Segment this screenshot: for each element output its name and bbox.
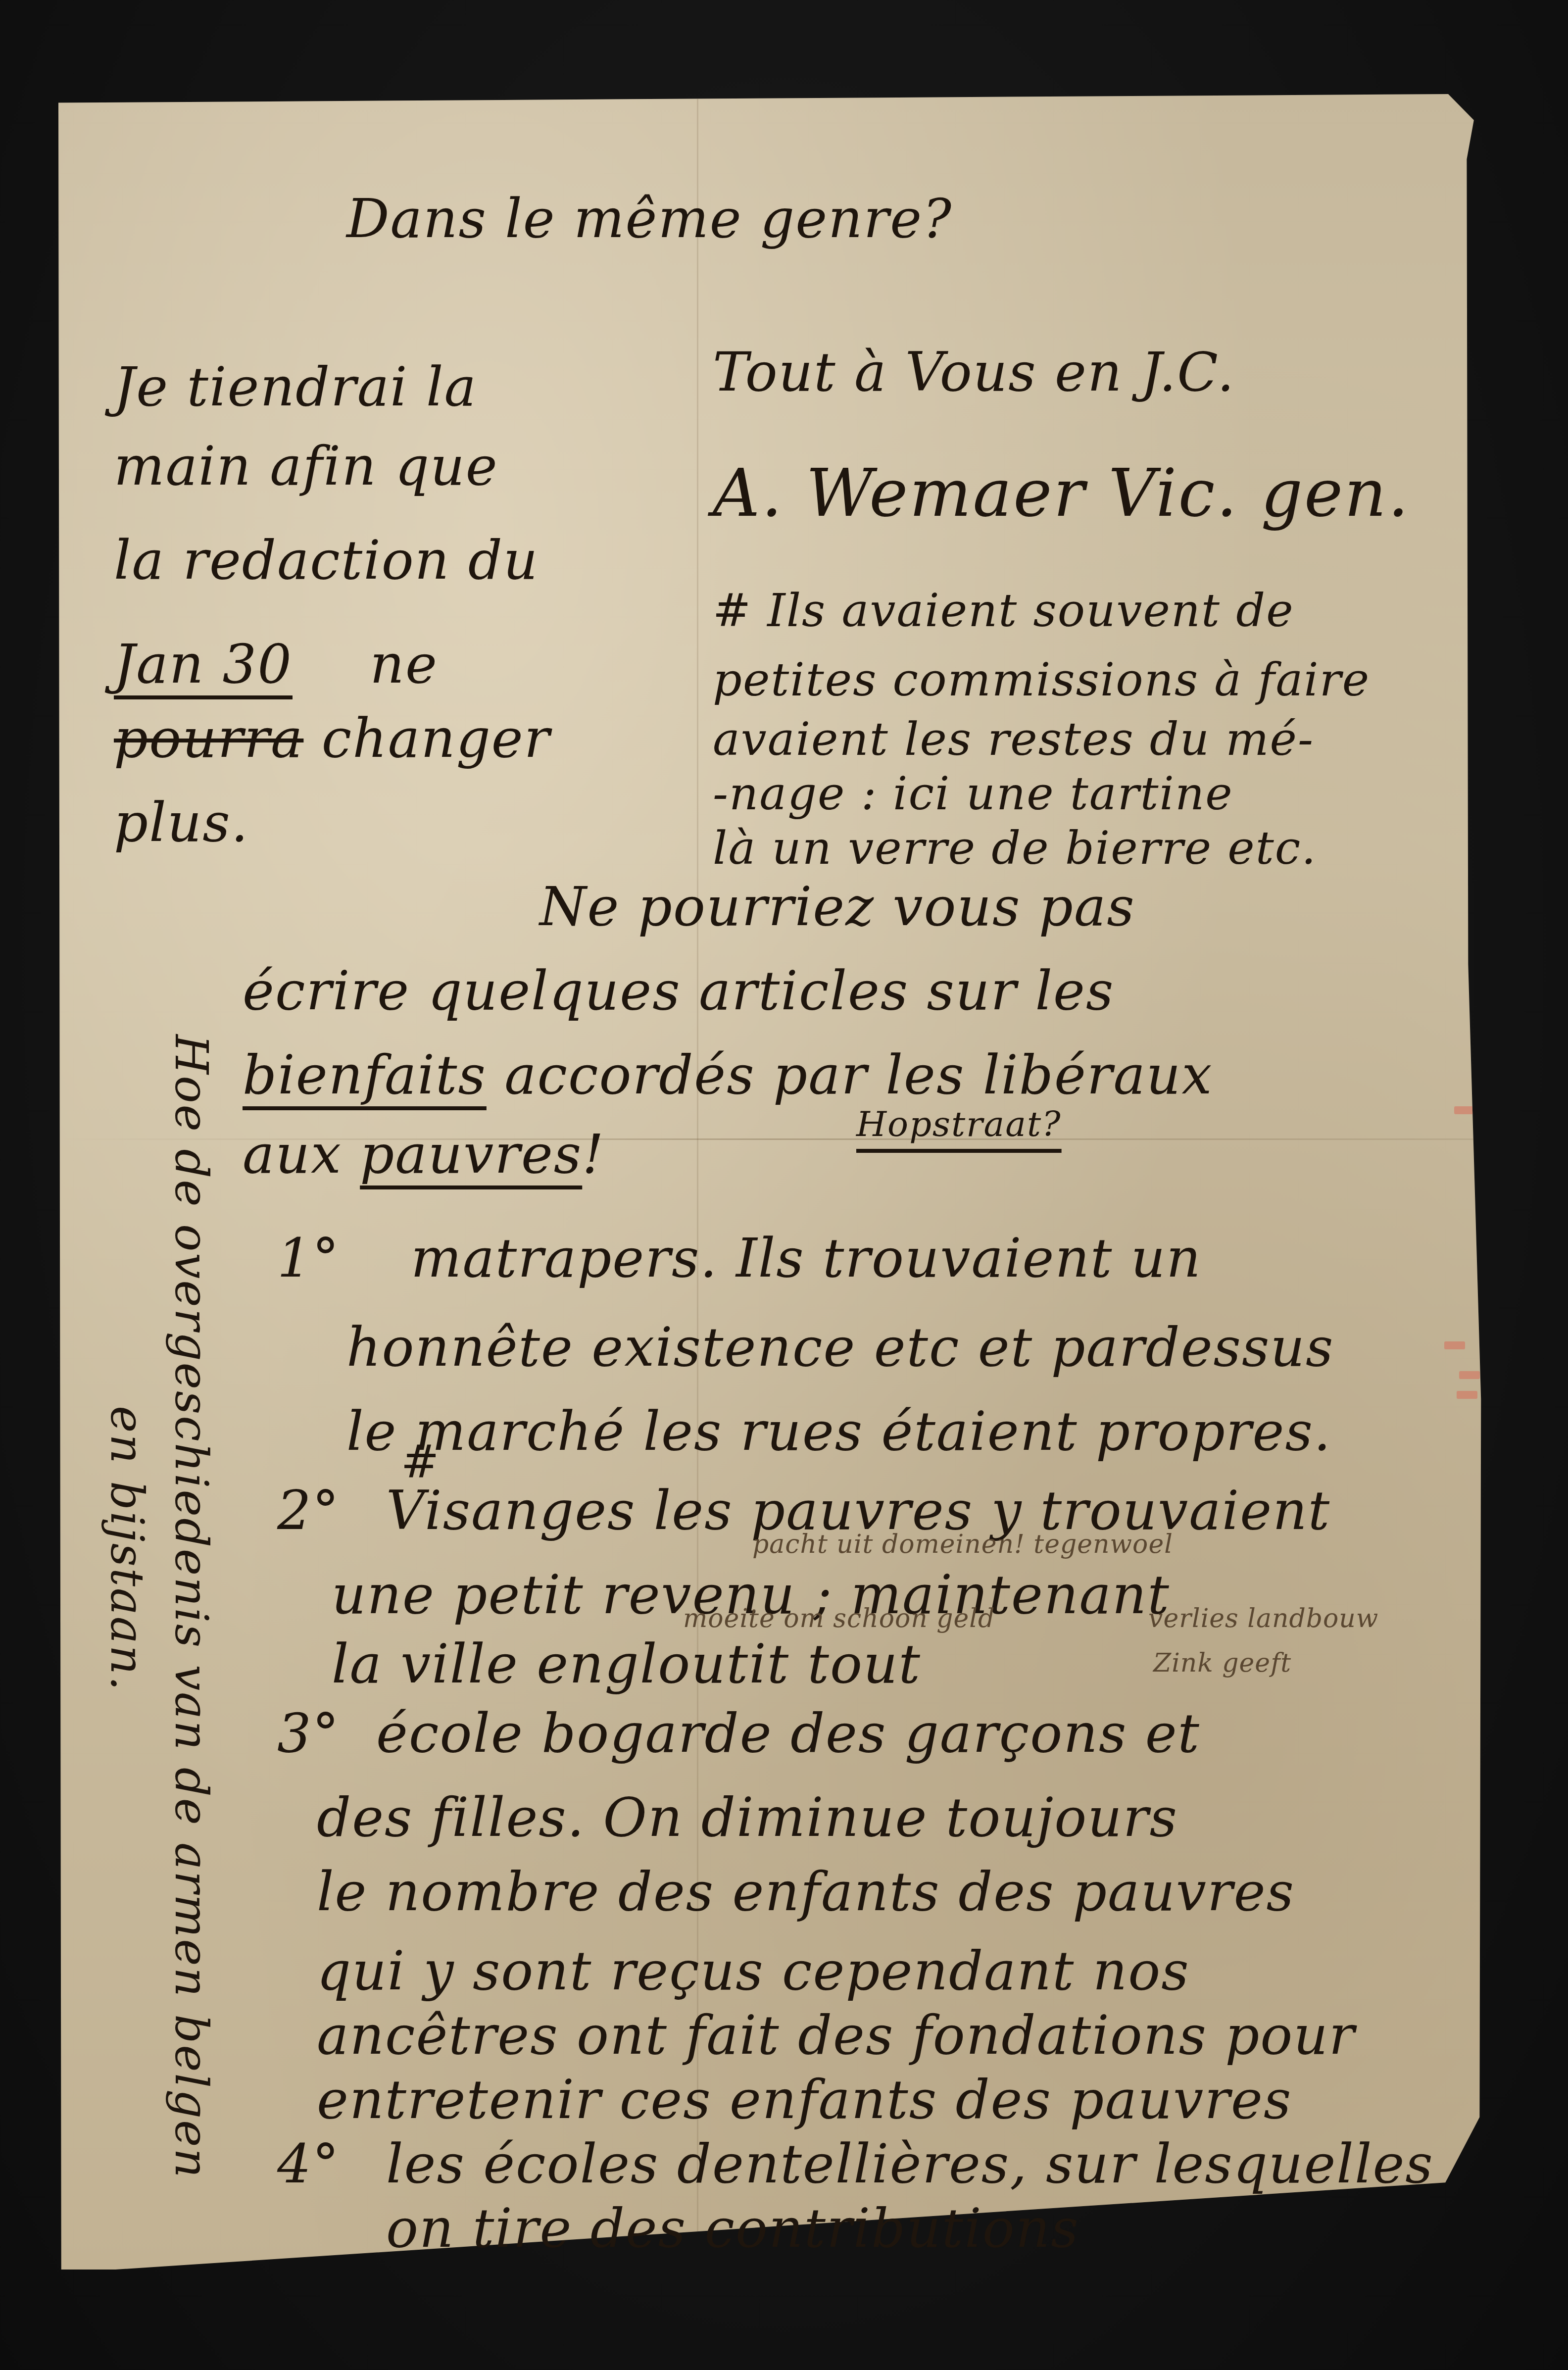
body-line: Ne pourriez vous pas [539,876,1135,938]
item-line: école bogarde des garçons et [376,1703,1200,1765]
item-line: le nombre des enfants des pauvres [317,1861,1295,1923]
red-mark [1454,1106,1475,1114]
item-number: 2° [277,1480,340,1542]
item-line: ancêtres ont fait des fondations pour [317,2005,1355,2067]
item-line: la ville engloutit tout [332,1633,921,1695]
left-note-line: pourra changer [114,708,550,770]
pencil-annotation: verlies landbouw [1148,1604,1378,1633]
item-number: 1° [277,1228,340,1289]
body-line: écrire quelques articles sur les [243,960,1114,1022]
item-line: on tire des contributions [386,2198,1079,2260]
body-line: bienfaits accordés par les libéraux [243,1044,1213,1106]
footnote-line: avaient les restes du mé- [713,713,1314,766]
footnote-line: # Ils avaient souvent de [713,584,1294,637]
body-line: aux pauvres! [243,1124,605,1185]
item-line: les écoles dentellières, sur lesquelles [386,2133,1434,2195]
item-line: qui y sont reçus cependant nos [317,1940,1190,2002]
footnote-line: là un verre de bierre etc. [713,822,1317,875]
closing-line: Tout à Vous en J.C. [713,342,1235,403]
pencil-annotation: pacht uit domeinen! tegenwoel [752,1530,1173,1559]
item-line: honnête existence etc et pardessus [346,1317,1334,1379]
vertical-margin-note: en bijstaan. [100,1406,153,1692]
red-mark [1444,1341,1465,1349]
item-line: des filles. On diminue toujours [317,1787,1178,1849]
pencil-annotation: Zink geeft [1153,1648,1291,1678]
struck-word: pourra [114,708,303,770]
left-note-line: Je tiendrai la [114,356,477,418]
vertical-margin-note: Hoe de overgeschiedenis van de armen bel… [165,1035,218,2179]
underlined-date: Jan 30 [114,634,293,695]
item-number: 4° [277,2133,340,2195]
side-note: Hopstraat? [856,1104,1062,1144]
item-line: le marché les rues étaient propres. [346,1401,1331,1463]
left-note-line: plus. [114,792,249,854]
left-note-line: main afin que [114,436,498,497]
signature: A. Wemaer Vic. gen. [713,455,1410,532]
red-mark [1457,1391,1477,1399]
left-note-line: la redaction du [114,530,539,592]
item-line: entretenir ces enfants des pauvres [317,2069,1292,2131]
footnote-line: -nage : ici une tartine [713,767,1233,820]
footnote-line: petites commissions à faire [713,653,1370,706]
red-mark [1459,1371,1480,1379]
pencil-annotation: moeite om schoon geld [683,1604,995,1633]
item-line: matrapers. Ils trouvaient un [411,1228,1202,1289]
item-number: 3° [277,1703,340,1765]
left-note-line: Jan 30 ne [114,634,438,695]
footnote-marker: # [713,584,752,637]
opening-question: Dans le même genre? [346,188,952,250]
